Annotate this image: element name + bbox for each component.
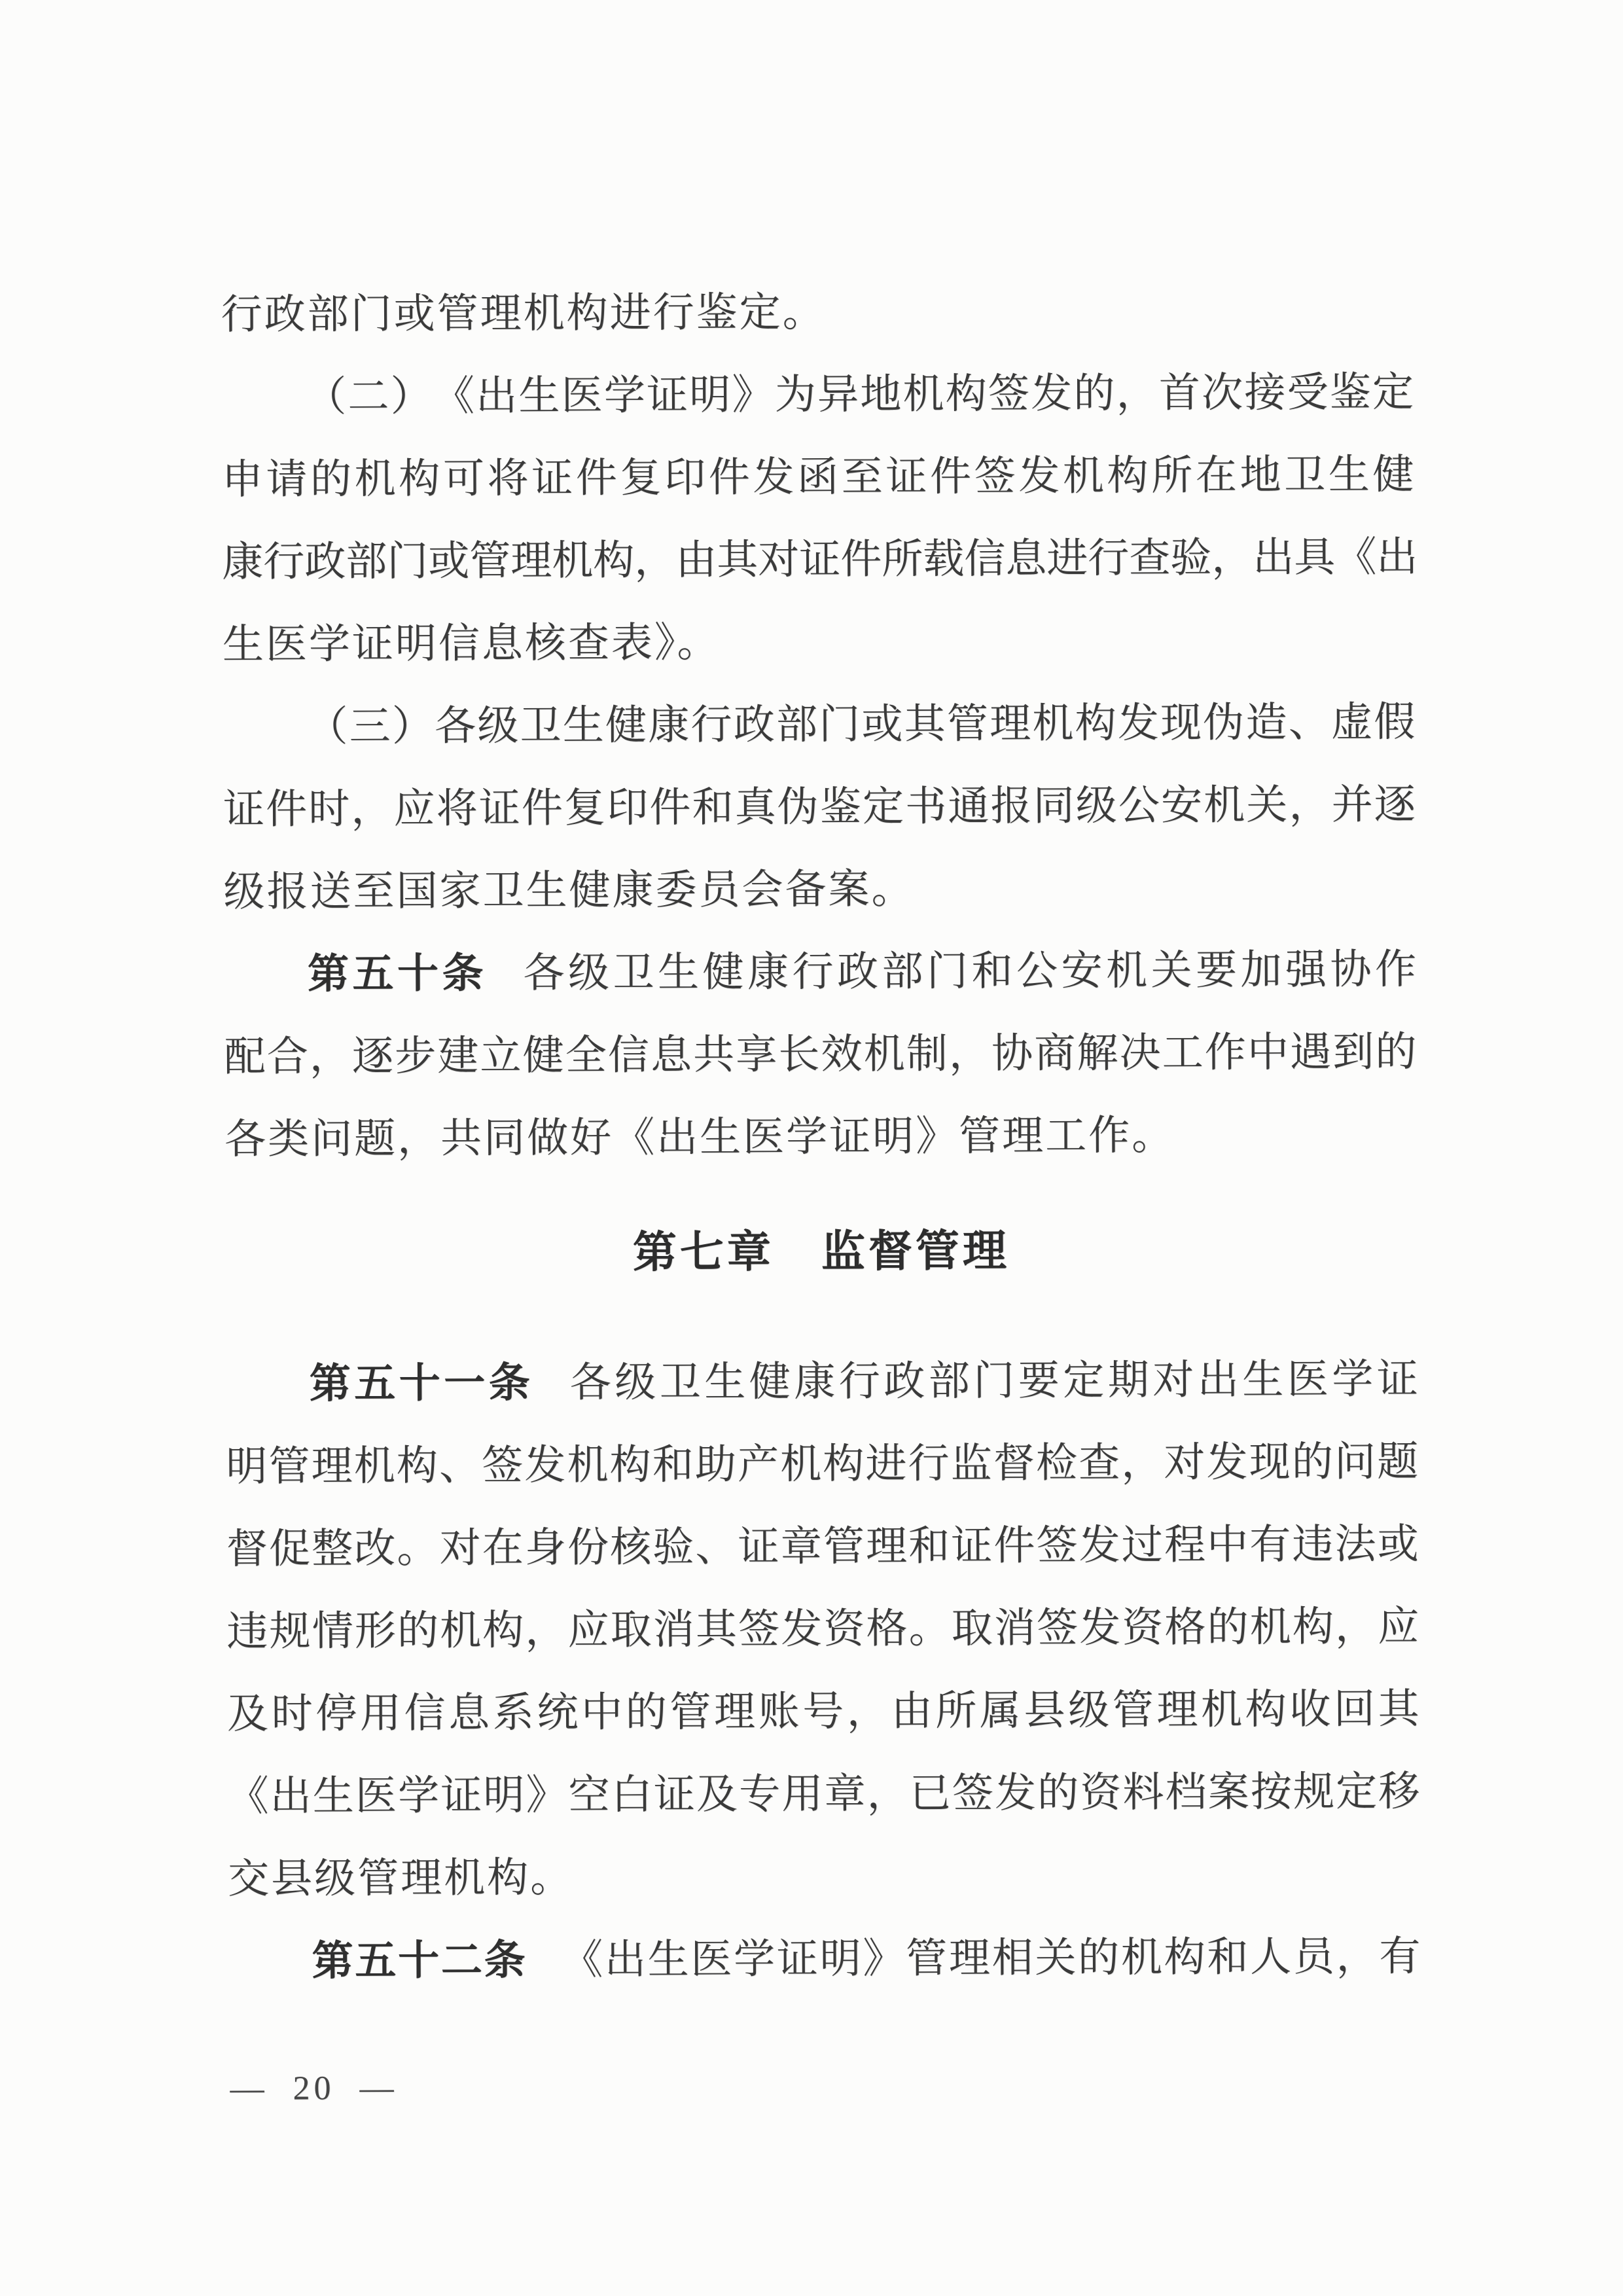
text-line: 生医学证明信息核查表》。 (223, 598, 1416, 686)
text-line: 各类问题，共同做好《出生医学证明》管理工作。 (224, 1093, 1418, 1181)
text-line: （二）《出生医学证明》为异地机构签发的，首次接受鉴定 (221, 351, 1414, 439)
chapter-heading: 第七章 监督管理 (225, 1208, 1418, 1296)
text-line: 第五十条各级卫生健康行政部门和公安机关要加强协作 (224, 928, 1417, 1016)
body-text: 各类问题，共同做好《出生医学证明》管理工作。 (224, 1113, 1175, 1162)
scanned-document-page: { "doc": { "lines": [ { "text": "行政部门或管理… (0, 0, 1623, 2296)
text-line: 申请的机构可将证件复印件发函至证件签发机构所在地卫生健 (221, 433, 1414, 521)
article-gap (533, 1342, 567, 1424)
text-line: 配合，逐步建立健全信息共享长效机制，协商解决工作中遇到的 (224, 1011, 1417, 1098)
text-line: 及时停用信息系统中的管理账号，由所属县级管理机构收回其 (227, 1668, 1420, 1755)
footer-right-dash: — (359, 2070, 397, 2107)
body-text: 生医学证明信息核查表》。 (223, 620, 721, 668)
footer-page-num: 20 (293, 2070, 334, 2107)
text-line: 第五十二条《出生医学证明》管理相关的机构和人员，有 (228, 1915, 1421, 2003)
text-line: 级报送至国家卫生健康委员会备案。 (223, 846, 1416, 933)
article-gap (527, 1919, 560, 2001)
text-line: 督促整改。对在身份核验、证章管理和证件签发过程中有违法或 (226, 1503, 1419, 1590)
body-text: 级报送至国家卫生健康委员会备案。 (223, 866, 914, 915)
body-text: 行政部门或管理机构进行鉴定。 (221, 289, 826, 338)
document-text-block: 行政部门或管理机构进行鉴定。 （二）《出生医学证明》为异地机构签发的，首次接受鉴… (221, 268, 1421, 2003)
document-sheet: 行政部门或管理机构进行鉴定。 （二）《出生医学证明》为异地机构签发的，首次接受鉴… (0, 0, 1623, 2296)
text-line: 康行政部门或管理机构，由其对证件所载信息进行查验，出具《出 (222, 516, 1415, 603)
article-gap (487, 932, 520, 1014)
text-line: 第五十一条各级卫生健康行政部门要定期对出生医学证 (226, 1338, 1419, 1426)
text-line: 违规情形的机构，应取消其签发资格。取消签发资格的机构，应 (226, 1585, 1419, 1673)
footer-left-dash: — (230, 2070, 268, 2108)
text-line: 交县级管理机构。 (228, 1833, 1421, 1920)
text-line: 证件时，应将证件复印件和真伪鉴定书通报同级公安机关，并逐 (223, 763, 1416, 851)
footer-spacer (268, 2070, 293, 2107)
body-text: 交县级管理机构。 (228, 1855, 573, 1902)
footer-spacer (334, 2070, 359, 2107)
text-line: 《出生医学证明》空白证及专用章，已签发的资料档案按规定移 (227, 1750, 1420, 1838)
text-line: 行政部门或管理机构进行鉴定。 (221, 268, 1414, 356)
text-line: （三）各级卫生健康行政部门或其管理机构发现伪造、虚假 (223, 681, 1416, 768)
page-number: — 20 — (230, 2069, 397, 2109)
text-line: 明管理机构、签发机构和助产机构进行监督检查，对发现的问题 (226, 1420, 1419, 1508)
